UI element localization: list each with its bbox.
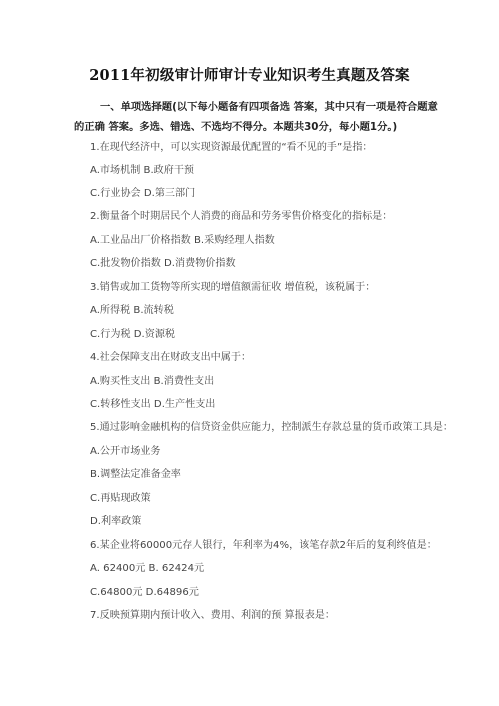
answer-options: A. 62400元 B. 62424元 xyxy=(90,559,204,574)
question-stem: 4.社会保障支出在财政支出中属于： xyxy=(90,348,251,363)
answer-options: C.再贴现政策 xyxy=(90,489,151,504)
document-title: 2011年初级审计师审计专业知识考生真题及答案 xyxy=(0,64,499,85)
answer-options: C.行为税 D.资源税 xyxy=(90,325,175,340)
answer-options: A.购买性支出 B.消费性支出 xyxy=(90,372,214,387)
question-stem: 3.销售或加工货物等所实现的增值额需征收 增值税，该税属于： xyxy=(90,278,375,293)
answer-options: C.批发物价指数 D.消费物价指数 xyxy=(90,254,236,269)
answer-options: B.调整法定准备金率 xyxy=(90,465,181,480)
answer-options: C.转移性支出 D.生产性支出 xyxy=(90,395,215,410)
answer-options: A.所得税 B.流转税 xyxy=(90,301,174,316)
question-stem: 5.通过影响金融机构的信贷资金供应能力，控制派生存款总量的货币政策工具是： xyxy=(90,418,453,433)
question-stem: 6.某企业将60000元存人银行，年利率为4%，该笔存款2年后的复利终值是： xyxy=(90,536,437,551)
answer-options: A.公开市场业务 xyxy=(90,442,161,457)
answer-options: C.64800元 D.64896元 xyxy=(90,583,199,598)
answer-options: D.利率政策 xyxy=(90,512,141,527)
section-instructions: 一、单项选择题(以下每小题备有四项备选 答案，其中只有一项是符合题意的正确 答案… xyxy=(74,97,444,137)
answer-options: C.行业协会 D.第三部门 xyxy=(90,184,195,199)
answer-options: A.市场机制 B.政府干预 xyxy=(90,161,194,176)
question-stem: 2.衡量备个时期居民个人消费的商品和劳务零售价格变化的指标是： xyxy=(90,207,392,222)
question-stem: 1.在现代经济中，可以实现资源最优配置的“看不见的手”是指： xyxy=(90,138,373,153)
question-stem: 7.反映预算期内预计收入、费用、利润的预 算报表是： xyxy=(90,606,335,621)
answer-options: A.工业品出厂价格指数 B.采购经理人指数 xyxy=(90,231,275,246)
